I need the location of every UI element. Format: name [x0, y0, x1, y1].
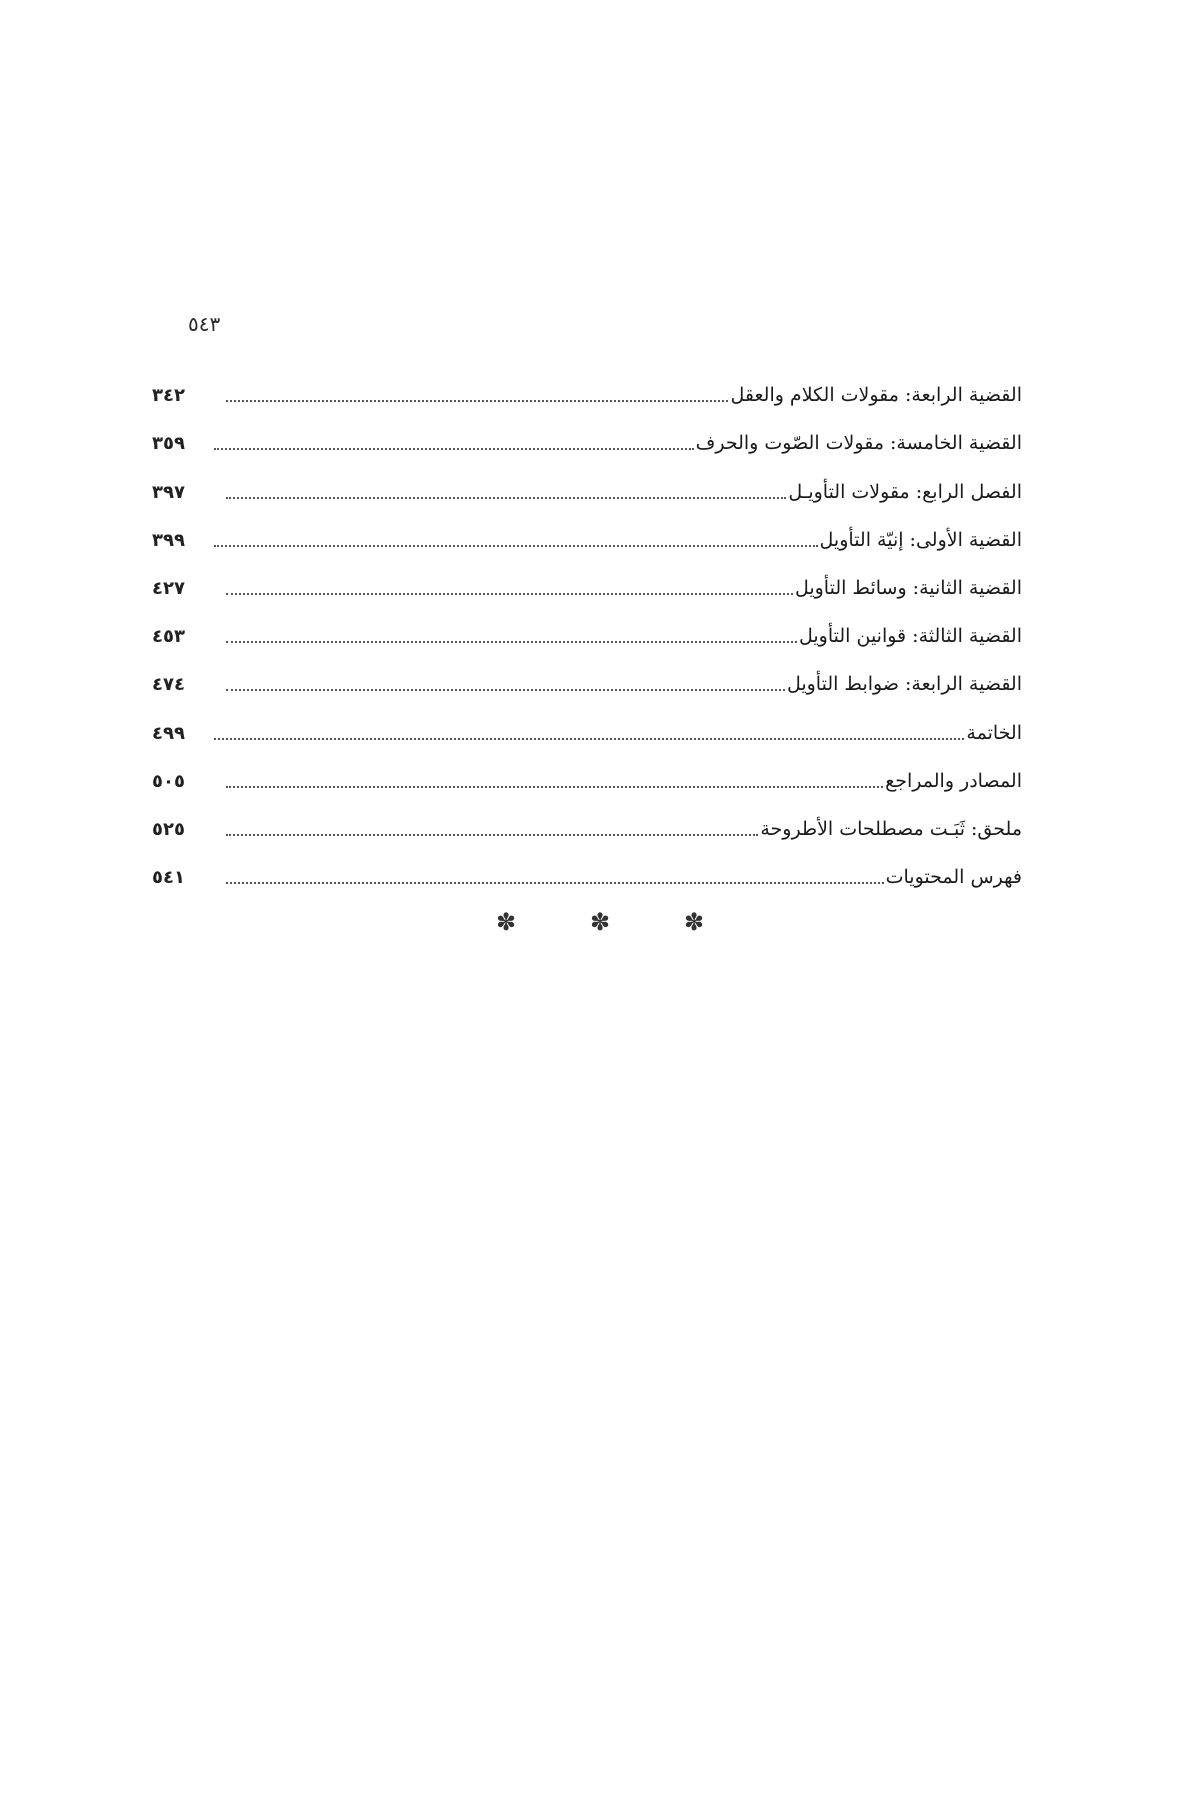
toc-entry-page: ٥٢٥ [152, 819, 224, 850]
dot-leader [214, 448, 694, 450]
toc-entry-page: ٤٥٣ [152, 626, 224, 657]
toc-entry-title: القضية الثانية: وسائط التأويل [795, 577, 1022, 609]
book-page: ٥٤٣ القضية الرابعة: مقولات الكلام والعقل… [0, 0, 1200, 1800]
toc-entry-title: القضية الرابعة: مقولات الكلام والعقل [730, 384, 1022, 416]
toc-entry-page: ٣٩٧ [152, 482, 224, 513]
toc-entry-page: ٣٤٢ [152, 385, 224, 416]
toc-entry: القضية الرابعة: ضوابط التأويل ٤٧٤ [152, 657, 1022, 705]
toc-entry: ملحق: ثَبَـت مصطلحات الأطروحة ٥٢٥ [152, 802, 1022, 850]
toc-entry-title: الفصل الرابع: مقولات التأويـل [788, 481, 1022, 513]
toc-entry: القضية الخامسة: مقولات الصّوت والحرف ٣٥٩ [152, 416, 1022, 464]
flower-ornament-icon: ✽ [586, 908, 614, 936]
dot-leader [226, 641, 797, 643]
toc-entry: الفصل الرابع: مقولات التأويـل ٣٩٧ [152, 464, 1022, 512]
dot-leader [214, 545, 818, 547]
toc-entry: القضية الأولى: إنيّة التأويل ٣٩٩ [152, 513, 1022, 561]
dot-leader [226, 882, 884, 884]
section-end-ornaments: ✽ ✽ ✽ [0, 908, 1200, 944]
flower-ornament-icon: ✽ [680, 908, 708, 936]
flower-ornament-icon: ✽ [492, 908, 520, 936]
toc-entry-title: فهرس المحتويات [886, 866, 1022, 898]
dot-leader [226, 400, 728, 402]
table-of-contents: القضية الرابعة: مقولات الكلام والعقل ٣٤٢… [152, 368, 1022, 898]
dot-leader [226, 689, 785, 691]
toc-entry-title: الخاتمة [966, 722, 1022, 754]
toc-entry-page: ٣٥٩ [152, 433, 212, 464]
toc-entry-page: ٤٩٩ [152, 723, 212, 754]
toc-entry-page: ٣٩٩ [152, 530, 212, 561]
toc-entry-page: ٥٠٥ [152, 771, 224, 802]
toc-entry-page: ٤٧٤ [152, 674, 224, 705]
toc-entry: القضية الثانية: وسائط التأويل ٤٢٧ [152, 561, 1022, 609]
toc-entry-title: القضية الأولى: إنيّة التأويل [820, 529, 1022, 561]
toc-entry-title: ملحق: ثَبَـت مصطلحات الأطروحة [760, 818, 1022, 850]
toc-entry: المصادر والمراجع ٥٠٥ [152, 754, 1022, 802]
dot-leader [226, 497, 786, 499]
page-number: ٥٤٣ [188, 312, 220, 336]
dot-leader [214, 738, 964, 740]
toc-entry-title: القضية الرابعة: ضوابط التأويل [787, 673, 1022, 705]
toc-entry: القضية الرابعة: مقولات الكلام والعقل ٣٤٢ [152, 368, 1022, 416]
toc-entry-title: القضية الخامسة: مقولات الصّوت والحرف [696, 432, 1022, 464]
toc-entry-title: القضية الثالثة: قوانين التأويل [799, 625, 1022, 657]
dot-leader [226, 786, 883, 788]
toc-entry: الخاتمة ٤٩٩ [152, 705, 1022, 753]
toc-entry: فهرس المحتويات ٥٤١ [152, 850, 1022, 898]
toc-entry-page: ٥٤١ [152, 867, 224, 898]
toc-entry-title: المصادر والمراجع [885, 770, 1022, 802]
dot-leader [226, 834, 758, 836]
toc-entry-page: ٤٢٧ [152, 578, 224, 609]
toc-entry: القضية الثالثة: قوانين التأويل ٤٥٣ [152, 609, 1022, 657]
dot-leader [226, 593, 793, 595]
